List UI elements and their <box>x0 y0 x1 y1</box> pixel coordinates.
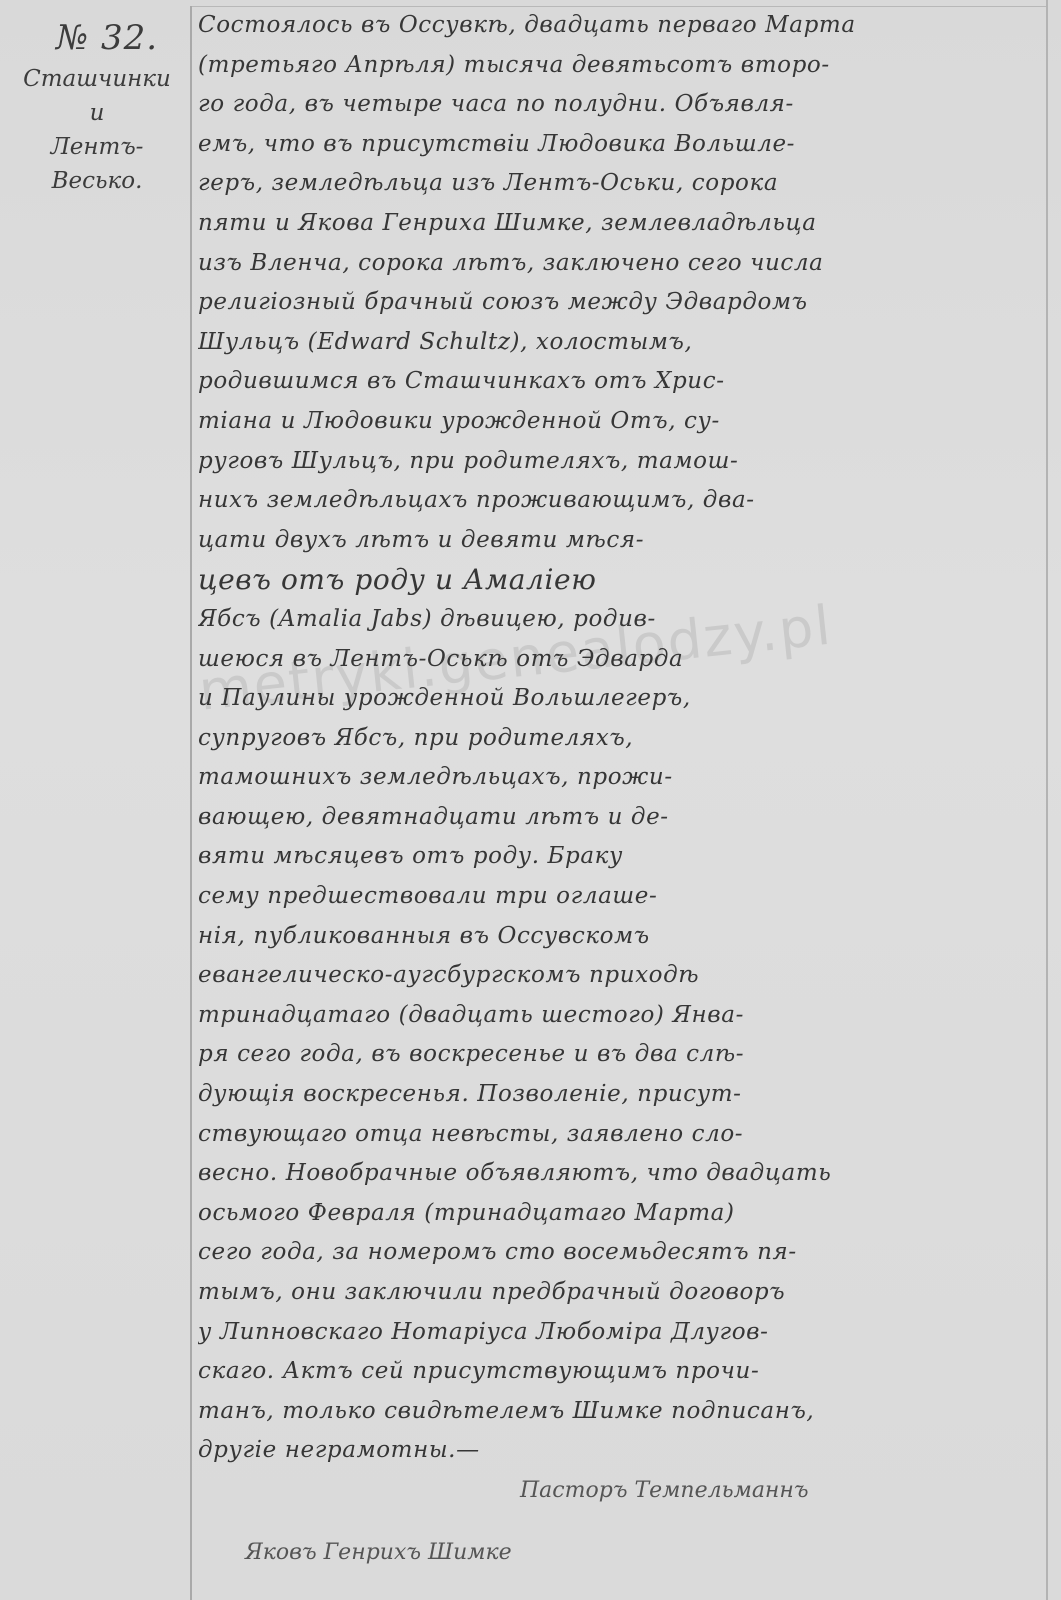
text-line: емъ, что въ присутствіи Людовика Вольшле… <box>198 125 1040 165</box>
right-rule-line <box>1046 0 1048 1600</box>
margin-rule-line <box>190 6 192 1600</box>
document-page: № 32. Сташчинки и Лентъ-Весько. metryki.… <box>0 0 1061 1600</box>
text-line: тамошнихъ земледѣльцахъ, прожи- <box>198 758 1040 798</box>
text-line: Состоялось въ Оссувкѣ, двадцать перваго … <box>198 6 1040 46</box>
margin-conjunction: и <box>8 96 186 130</box>
text-line: танъ, только свидѣтелемъ Шимке подписанъ… <box>198 1392 1040 1432</box>
text-line: руговъ Шульцъ, при родителяхъ, тамош- <box>198 442 1040 482</box>
text-line: евангелическо-аугсбургскомъ приходѣ <box>198 956 1040 996</box>
text-line: сему предшествовали три оглаше- <box>198 877 1040 917</box>
bride-surname-line: Ябсъ (Amalia Jabs) дѣвицею, родив- <box>198 600 1040 640</box>
text-line: тымъ, они заключили предбрачный договоръ <box>198 1273 1040 1313</box>
text-line: шеюся въ Лентъ-Оськѣ отъ Эдварда <box>198 640 1040 680</box>
text-line: сего года, за номеромъ сто восемьдесятъ … <box>198 1233 1040 1273</box>
text-line: го года, въ четыре часа по полудни. Объя… <box>198 85 1040 125</box>
text-line: пяти и Якова Генриха Шимке, землевладѣль… <box>198 204 1040 244</box>
text-line: изъ Вленча, сорока лѣтъ, заключено сего … <box>198 244 1040 284</box>
text-line: осьмого Февраля (тринадцатаго Марта) <box>198 1194 1040 1234</box>
text-line: вающею, девятнадцати лѣтъ и де- <box>198 798 1040 838</box>
text-line: весно. Новобрачные объявляютъ, что двадц… <box>198 1154 1040 1194</box>
text-line: ря сего года, въ воскресенье и въ два сл… <box>198 1035 1040 1075</box>
text-line: другіе неграмотны.— <box>198 1431 1040 1471</box>
text-line: супруговъ Ябсъ, при родителяхъ, <box>198 719 1040 759</box>
groom-name-line: Шульцъ (Edward Schultz), холостымъ, <box>198 323 1040 363</box>
bride-name-line: цевъ отъ роду и Амаліею <box>198 560 1040 600</box>
text-line: тринадцатаго (двадцать шестого) Янва- <box>198 996 1040 1036</box>
act-number: № 32. <box>8 14 186 62</box>
text-line: вяти мѣсяцевъ отъ роду. Браку <box>198 837 1040 877</box>
officiant-signature: Пасторъ Темпельманнъ <box>520 1478 809 1503</box>
record-body: Состоялось въ Оссувкѣ, двадцать перваго … <box>198 6 1040 1471</box>
margin-village-1: Сташчинки <box>8 62 186 96</box>
text-line: скаго. Актъ сей присутствующимъ прочи- <box>198 1352 1040 1392</box>
text-line: ствующаго отца невѣсты, заявлено сло- <box>198 1115 1040 1155</box>
text-line: дующія воскресенья. Позволеніе, присут- <box>198 1075 1040 1115</box>
text-line: и Паулины урожденной Вольшлегеръ, <box>198 679 1040 719</box>
witness-signature: Яковъ Генрихъ Шимке <box>245 1540 512 1565</box>
text-line: родившимся въ Сташчинкахъ отъ Хрис- <box>198 362 1040 402</box>
text-line: у Липновскаго Нотаріуса Любоміра Длугов- <box>198 1313 1040 1353</box>
text-line: геръ, земледѣльца изъ Лентъ-Оськи, сорок… <box>198 164 1040 204</box>
text-line: тіана и Людовики урожденной Отъ, су- <box>198 402 1040 442</box>
text-line: нихъ земледѣльцахъ проживающимъ, два- <box>198 481 1040 521</box>
text-line: нія, публикованныя въ Оссувскомъ <box>198 917 1040 957</box>
text-line: цати двухъ лѣтъ и девяти мѣся- <box>198 521 1040 561</box>
text-line: (третьяго Апрѣля) тысяча девятьсотъ втор… <box>198 46 1040 86</box>
margin-column: № 32. Сташчинки и Лентъ-Весько. <box>8 14 186 198</box>
margin-village-2: Лентъ-Весько. <box>8 130 186 198</box>
text-line: религіозный брачный союзъ между Эдвардом… <box>198 283 1040 323</box>
